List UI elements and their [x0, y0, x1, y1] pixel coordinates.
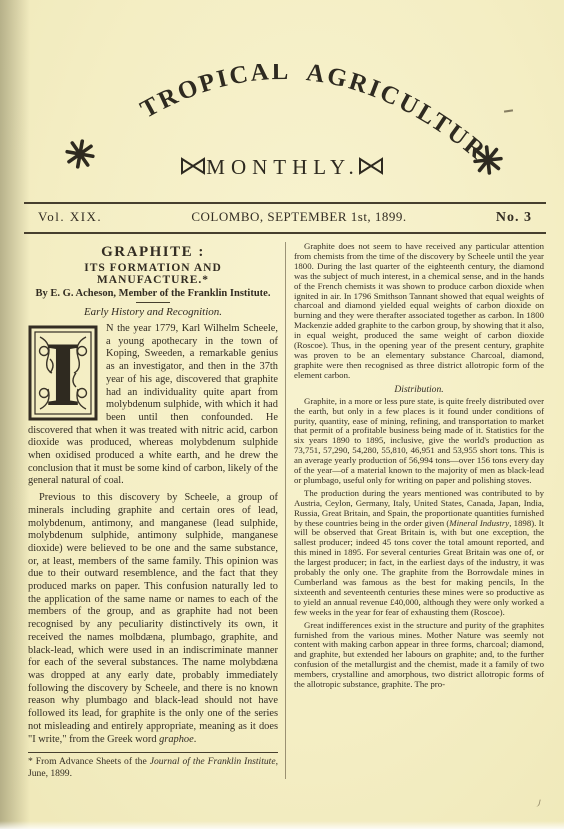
footnote-text: * From Advance Sheets of the: [28, 756, 150, 767]
article-paragraph: Graphite, in a more or less pure state, …: [294, 397, 544, 486]
footnote: * From Advance Sheets of the Journal of …: [28, 756, 278, 779]
paragraph-text: Previous to this discovery by Scheele, a…: [28, 492, 278, 744]
article-paragraph: I N the year 1779, Karl Wilhelm Scheele,…: [28, 323, 278, 488]
ornamental-initial: I: [28, 325, 98, 421]
article-paragraph: Previous to this discovery by Scheele, a…: [28, 492, 278, 746]
dropcap-letter: I: [45, 325, 81, 421]
byline-divider: [136, 302, 170, 303]
bowtie-ornament-icon: [360, 159, 382, 173]
masthead: The TROPICAL AGRICULTURIST MONTHLY.: [0, 64, 564, 192]
italic-term: Mineral Industry: [449, 518, 509, 528]
left-column: GRAPHITE : ITS FORMATION AND MANUFACTURE…: [28, 242, 285, 779]
article-title: GRAPHITE :: [28, 244, 278, 261]
footnote-journal-title: Journal of the Franklin Institute: [150, 756, 276, 767]
article-paragraph: The production during the years mentione…: [294, 489, 544, 618]
article-paragraph: Great indifferences exist in the structu…: [294, 621, 544, 690]
paragraph-text: , 1898). It will be observed that Great …: [294, 518, 544, 617]
masthead-subtitle: MONTHLY.: [206, 155, 359, 179]
masthead-title-prefix: The: [0, 64, 101, 160]
masthead-arch-title: The TROPICAL AGRICULTURIST: [0, 64, 492, 166]
dropcap-woodcut-icon: I: [28, 325, 98, 421]
asterisk-ornament-icon: [474, 146, 503, 175]
article-byline: By E. G. Acheson, Member of the Franklin…: [28, 288, 278, 299]
masthead-title-main: TROPICAL AGRICULTURIST: [0, 64, 491, 166]
page-content: The TROPICAL AGRICULTURIST MONTHLY.: [0, 64, 564, 779]
volume-label: Vol. XIX.: [38, 209, 102, 225]
article-columns: GRAPHITE : ITS FORMATION AND MANUFACTURE…: [0, 234, 564, 779]
article-paragraph: Graphite does not seem to have received …: [294, 242, 544, 381]
scanned-journal-page: { "masthead": { "title_prefix": "The ", …: [0, 0, 564, 833]
bowtie-ornament-icon: [182, 159, 204, 173]
italic-term: graphoe: [159, 734, 194, 745]
article-subtitle: ITS FORMATION AND MANUFACTURE.*: [28, 262, 278, 286]
footnote-block: * From Advance Sheets of the Journal of …: [28, 752, 278, 779]
issue-number-label: No. 3: [496, 210, 532, 226]
section-heading-early-history: Early History and Recognition.: [28, 306, 278, 318]
paragraph-text: .: [194, 734, 197, 745]
place-date-label: COLOMBO, SEPTEMBER 1st, 1899.: [191, 209, 406, 225]
right-column: Graphite does not seem to have received …: [285, 242, 544, 779]
issue-bar: Vol. XIX. COLOMBO, SEPTEMBER 1st, 1899. …: [24, 202, 546, 234]
section-heading-distribution: Distribution.: [294, 384, 544, 395]
